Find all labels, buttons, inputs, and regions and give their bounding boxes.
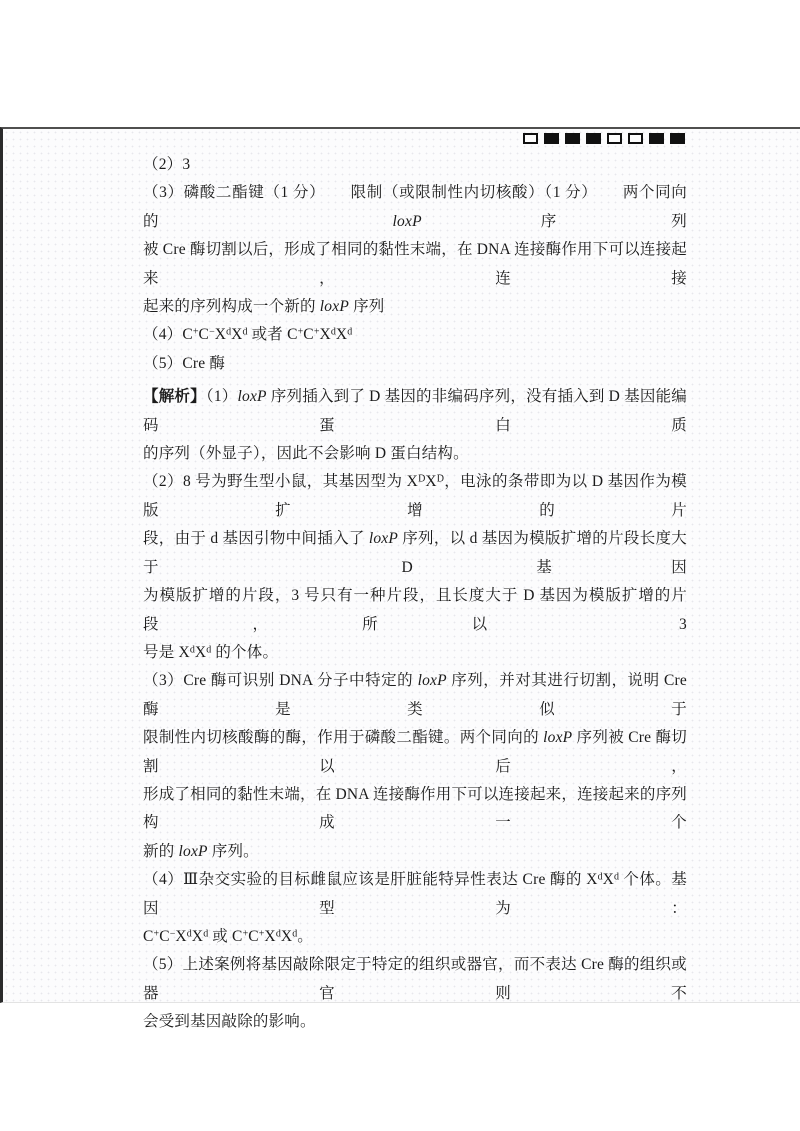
text-segment: C (199, 326, 210, 343)
text-line: 【解析】（1）loxP 序列插入到了 D 基因的非编码序列，没有插入到 D 基因… (143, 383, 687, 440)
text-gap (325, 196, 350, 197)
text-segment: X (215, 326, 226, 343)
registration-mark-filled (565, 133, 580, 144)
superscript: d (347, 327, 352, 338)
text-segment: 号是 X (143, 644, 190, 661)
text-segment: 或 C (208, 928, 242, 945)
text-segment: C (143, 928, 154, 945)
registration-mark-outline (628, 133, 643, 144)
text-segment: X (603, 871, 614, 888)
text-segment: 限制（或限制性内切核酸）（1 分） (350, 184, 597, 201)
italic-gene-name: loxP (393, 213, 422, 230)
page: （2）3（3）磷酸二酯键（1 分）限制（或限制性内切核酸）（1 分）两个同向的 … (0, 0, 800, 1131)
italic-gene-name: loxP (238, 388, 267, 405)
text-segment: X (281, 928, 292, 945)
registration-mark-filled (586, 133, 601, 144)
text-segment: X (264, 928, 275, 945)
text-segment: （1） (206, 388, 238, 405)
text-line: 段，由于 d 基因引物中间插入了 loxP 序列，以 d 基因为模版扩增的片段长… (143, 525, 687, 582)
registration-mark-filled (649, 133, 664, 144)
registration-mark-filled (670, 133, 685, 144)
text-segment: X (336, 326, 347, 343)
text-segment: X (231, 326, 242, 343)
text-segment: X (195, 644, 206, 661)
registration-mark-outline (523, 133, 538, 144)
text-line: 被 Cre 酶切割以后，形成了相同的黏性末端，在 DNA 连接酶作用下可以连接起… (143, 236, 687, 293)
text-line: C+C−XdXd 或 C+C+XdXd。 (143, 923, 687, 951)
text-line: 为模版扩增的片段，3 号只有一种片段，且长度大于 D 基因为模版扩增的片段，所以… (143, 582, 687, 639)
text-segment: 【解析】 (143, 388, 206, 405)
italic-gene-name: loxP (543, 729, 572, 746)
text-line: （3）磷酸二酯键（1 分）限制（或限制性内切核酸）（1 分）两个同向的 loxP… (143, 179, 687, 236)
text-segment: 序列 (422, 213, 687, 230)
text-segment: 的个体。 (211, 644, 278, 661)
registration-mark-filled (544, 133, 559, 144)
text-segment: 或者 C (248, 326, 298, 343)
text-segment: X (192, 928, 203, 945)
text-line: （5）上述案例将基因敲除限定于特定的组织或器官，而不表达 Cre 酶的组织或器官… (143, 951, 687, 1008)
text-segment: 序列。 (208, 843, 259, 860)
text-line: （5）Cre 酶 (143, 350, 687, 378)
text-segment: （4）C (143, 326, 193, 343)
text-segment: 新的 (143, 843, 178, 860)
text-segment: （3）Cre 酶可识别 DNA 分子中特定的 (143, 672, 418, 689)
superscript: D (437, 474, 444, 485)
text-segment: X (319, 326, 330, 343)
text-segment: X (175, 928, 186, 945)
text-segment: 段，由于 d 基因引物中间插入了 (143, 530, 369, 547)
text-segment: 的序列（外显子），因此不会影响 D 蛋白结构。 (143, 445, 469, 462)
text-segment: （4）Ⅲ杂交实验的目标雌鼠应该是肝脏能特异性表达 Cre 酶的 X (143, 871, 598, 888)
text-line: 限制性内切核酸酶的酶，作用于磷酸二酯键。两个同向的 loxP 序列被 Cre 酶… (143, 724, 687, 781)
text-segment: 被 Cre 酶切割以后，形成了相同的黏性末端，在 DNA 连接酶作用下可以连接起… (143, 241, 687, 286)
text-line: （2）3 (143, 151, 687, 179)
text-segment: （3）磷酸二酯键（1 分） (143, 184, 325, 201)
text-line: 的序列（外显子），因此不会影响 D 蛋白结构。 (143, 440, 687, 468)
text-segment: 限制性内切核酸酶的酶，作用于磷酸二酯键。两个同向的 (143, 729, 543, 746)
answer-analysis-text: （2）3（3）磷酸二酯键（1 分）限制（或限制性内切核酸）（1 分）两个同向的 … (143, 151, 687, 1037)
registration-mark-outline (607, 133, 622, 144)
text-segment: （2）8 号为野生型小鼠，其基因型为 X (143, 473, 418, 490)
italic-gene-name: loxP (418, 672, 447, 689)
text-line: 形成了相同的黏性末端，在 DNA 连接酶作用下可以连接起来，连接起来的序列构成一… (143, 781, 687, 838)
text-line: 会受到基因敲除的影响。 (143, 1008, 687, 1036)
text-segment: C (248, 928, 259, 945)
text-gap (597, 196, 622, 197)
text-line: （3）Cre 酶可识别 DNA 分子中特定的 loxP 序列，并对其进行切割，说… (143, 667, 687, 724)
text-line: （4）Ⅲ杂交实验的目标雌鼠应该是肝脏能特异性表达 Cre 酶的 XdXd 个体。… (143, 866, 687, 923)
text-segment: 为模版扩增的片段，3 号只有一种片段，且长度大于 D 基因为模版扩增的片段，所以… (143, 587, 687, 632)
text-segment: 。 (297, 928, 313, 945)
italic-gene-name: loxP (320, 298, 349, 315)
text-segment: 起来的序列构成一个新的 (143, 298, 320, 315)
italic-gene-name: loxP (178, 843, 207, 860)
text-segment: 形成了相同的黏性末端，在 DNA 连接酶作用下可以连接起来，连接起来的序列构成一… (143, 786, 687, 831)
text-segment: （5）Cre 酶 (143, 355, 225, 372)
text-line: 号是 XdXd 的个体。 (143, 639, 687, 667)
text-segment: 会受到基因敲除的影响。 (143, 1013, 316, 1030)
text-line: 新的 loxP 序列。 (143, 838, 687, 866)
text-line: （4）C+C−XdXd 或者 C+C+XdXd (143, 321, 687, 349)
text-segment: X (425, 473, 436, 490)
text-segment: （5）上述案例将基因敲除限定于特定的组织或器官，而不表达 Cre 酶的组织或器官… (143, 956, 687, 1001)
text-segment: （2）3 (143, 156, 190, 173)
italic-gene-name: loxP (369, 530, 398, 547)
text-line: 起来的序列构成一个新的 loxP 序列 (143, 293, 687, 321)
registration-marks (523, 133, 685, 144)
text-segment: 序列 (349, 298, 384, 315)
text-segment: C (159, 928, 170, 945)
text-line: （2）8 号为野生型小鼠，其基因型为 XDXD，电泳的条带即为以 D 基因作为模… (143, 468, 687, 525)
text-segment: C (303, 326, 314, 343)
